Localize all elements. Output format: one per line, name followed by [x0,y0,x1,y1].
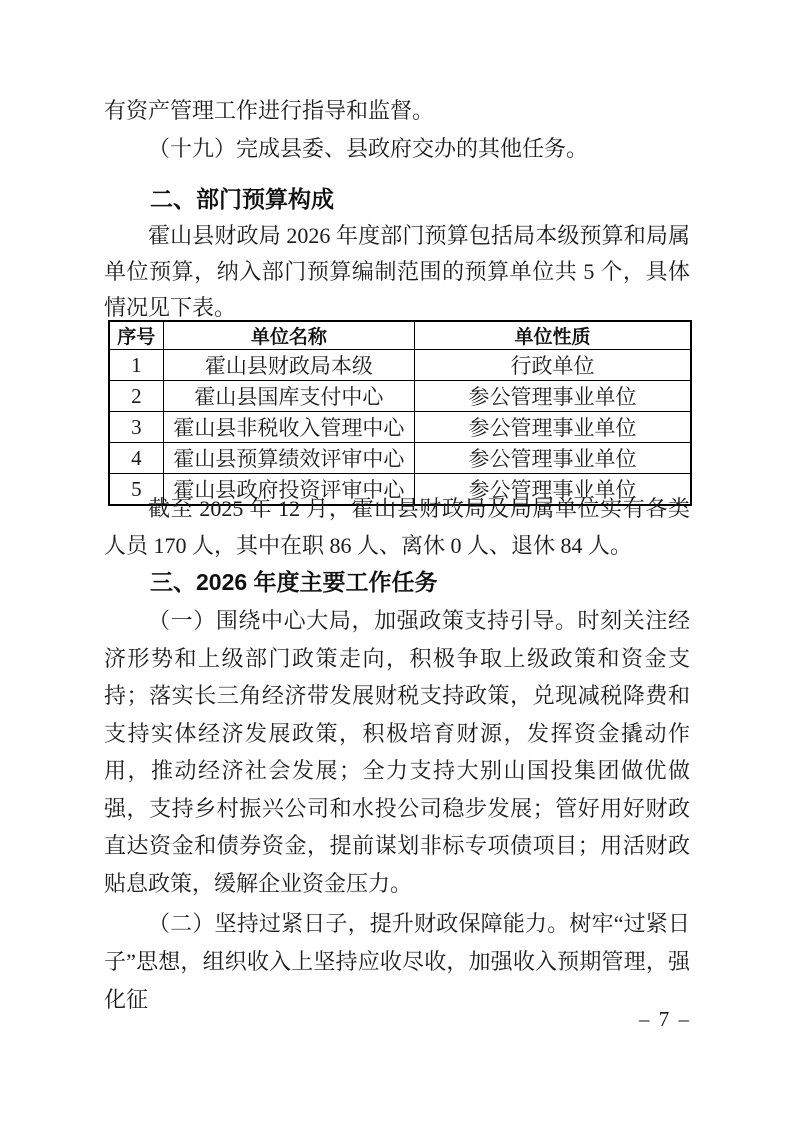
table-cell-seq: 1 [109,350,163,381]
table-cell-type: 参公管理事业单位 [415,443,691,474]
table-header-seq: 序号 [109,321,163,350]
table-cell-seq: 4 [109,443,163,474]
table-row: 2 霍山县国库支付中心 参公管理事业单位 [109,381,691,412]
paragraph-task-2-tight-budget: （二）坚持过紧日子，提升财政保障能力。树牢“过紧日子”思想，组织收入上坚持应收尽… [104,905,690,1019]
table-header-name: 单位名称 [163,321,414,350]
page-number: – 7 – [605,1005,725,1033]
heading-section-2-budget-composition: 二、部门预算构成 [104,183,690,215]
table-cell-seq: 3 [109,412,163,443]
document-page: 有资产管理工作进行指导和监督。 （十九）完成县委、县政府交办的其他任务。 二、部… [0,0,793,1122]
table-cell-name: 霍山县非税收入管理中心 [163,412,414,443]
table-header-row: 序号 单位名称 单位性质 [109,321,691,350]
table-cell-type: 行政单位 [415,350,691,381]
paragraph-staff-count: 截至 2025 年 12 月，霍山县财政局及局属单位实有各类人员 170 人，其… [104,490,690,564]
table-cell-type: 参公管理事业单位 [415,381,691,412]
table-cell-seq: 2 [109,381,163,412]
heading-section-3-main-tasks: 三、2026 年度主要工作任务 [104,566,690,598]
table-row: 1 霍山县财政局本级 行政单位 [109,350,691,381]
table-header-type: 单位性质 [415,321,691,350]
table-row: 4 霍山县预算绩效评审中心 参公管理事业单位 [109,443,691,474]
table-cell-type: 参公管理事业单位 [415,412,691,443]
table-cell-name: 霍山县财政局本级 [163,350,414,381]
table-row: 3 霍山县非税收入管理中心 参公管理事业单位 [109,412,691,443]
paragraph-task-1-policy-support: （一）围绕中心大局，加强政策支持引导。时刻关注经济形势和上级部门政策走向，积极争… [104,602,690,902]
table-cell-name: 霍山县预算绩效评审中心 [163,443,414,474]
table-cell-name: 霍山县国库支付中心 [163,381,414,412]
paragraph-item-19: （十九）完成县委、县政府交办的其他任务。 [104,130,690,167]
paragraph-asset-supervision: 有资产管理工作进行指导和监督。 [104,92,690,129]
paragraph-budget-composition: 霍山县财政局 2026 年度部门预算包括局本级预算和局属单位预算，纳入部门预算编… [104,218,690,326]
budget-units-table: 序号 单位名称 单位性质 1 霍山县财政局本级 行政单位 2 霍山县国库支付中心… [108,320,692,506]
